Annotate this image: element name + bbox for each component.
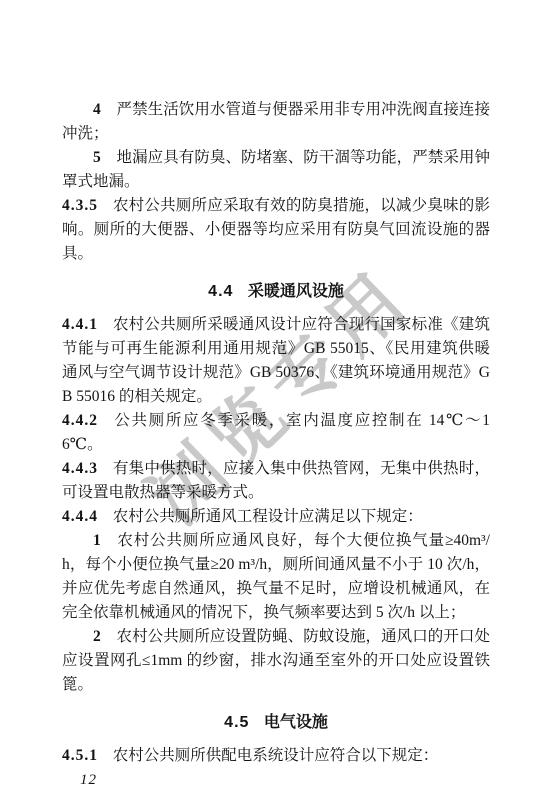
clause-number: 4.4.1 <box>62 316 98 333</box>
clause-paragraph: 4.4.2公共厕所应冬季采暖，室内温度应控制在 14℃～16℃。 <box>62 409 490 457</box>
clause-text: 农村公共厕所采暖通风设计应符合现行国家标准《建筑节能与可再生能源利用通用规范》G… <box>62 316 490 405</box>
clause-paragraph: 4.3.5农村公共厕所应采取有效的防臭措施，以减少臭味的影响。厕所的大便器、小便… <box>62 194 490 266</box>
page-number: 12 <box>80 768 490 790</box>
section-heading: 4.5电气设施 <box>62 711 490 735</box>
clause-number: 4.4.2 <box>62 412 98 429</box>
clause-text: 农村公共厕所应采取有效的防臭措施，以减少臭味的影响。厕所的大便器、小便器等均应采… <box>62 197 490 262</box>
item-number: 5 <box>93 149 102 166</box>
list-item: 2农村公共厕所应设置防蝇、防蚊设施，通风口的开口处应设置网孔≤1mm 的纱窗，排… <box>62 625 490 697</box>
clause-paragraph: 4.5.1农村公共厕所供配电系统设计应符合以下规定： <box>62 744 490 768</box>
section-number: 4.5 <box>224 714 249 731</box>
page-content: 4严禁生活饮用水管道与便器采用非专用冲洗阀直接连接冲洗； 5地漏应具有防臭、防堵… <box>62 98 490 790</box>
clause-paragraph: 4.4.1农村公共厕所采暖通风设计应符合现行国家标准《建筑节能与可再生能源利用通… <box>62 313 490 409</box>
list-item: 4严禁生活饮用水管道与便器采用非专用冲洗阀直接连接冲洗； <box>62 98 490 146</box>
item-text: 农村公共厕所应通风良好，每个大便位换气量≥40m³/h，每个小便位换气量≥20 … <box>62 532 490 621</box>
item-number: 4 <box>93 101 102 118</box>
clause-text: 农村公共厕所通风工程设计应满足以下规定： <box>113 508 423 525</box>
clause-paragraph: 4.4.3有集中供热时，应接入集中供热管网，无集中供热时，可设置电散热器等采暖方… <box>62 457 490 505</box>
section-heading: 4.4采暖通风设施 <box>62 280 490 304</box>
clause-text: 农村公共厕所供配电系统设计应符合以下规定： <box>113 747 439 764</box>
clause-paragraph: 4.4.4农村公共厕所通风工程设计应满足以下规定： <box>62 505 490 529</box>
section-number: 4.4 <box>208 283 233 300</box>
clause-number: 4.4.3 <box>62 460 98 477</box>
clause-number: 4.3.5 <box>62 197 98 214</box>
item-text: 农村公共厕所应设置防蝇、防蚊设施，通风口的开口处应设置网孔≤1mm 的纱窗，排水… <box>62 628 490 693</box>
clause-number: 4.5.1 <box>62 747 98 764</box>
document-page: 浏览专用 4严禁生活饮用水管道与便器采用非专用冲洗阀直接连接冲洗； 5地漏应具有… <box>0 0 551 790</box>
item-text: 地漏应具有防臭、防堵塞、防干涸等功能，严禁采用钟罩式地漏。 <box>62 149 490 190</box>
item-number: 1 <box>93 532 102 549</box>
list-item: 5地漏应具有防臭、防堵塞、防干涸等功能，严禁采用钟罩式地漏。 <box>62 146 490 194</box>
clause-text: 公共厕所应冬季采暖，室内温度应控制在 14℃～16℃。 <box>62 412 490 453</box>
item-text: 严禁生活饮用水管道与便器采用非专用冲洗阀直接连接冲洗； <box>62 101 490 142</box>
clause-number: 4.4.4 <box>62 508 98 525</box>
list-item: 1农村公共厕所应通风良好，每个大便位换气量≥40m³/h，每个小便位换气量≥20… <box>62 529 490 625</box>
item-number: 2 <box>93 628 102 645</box>
section-title: 电气设施 <box>264 714 328 731</box>
clause-text: 有集中供热时，应接入集中供热管网，无集中供热时，可设置电散热器等采暖方式。 <box>62 460 490 501</box>
section-title: 采暖通风设施 <box>248 283 344 300</box>
